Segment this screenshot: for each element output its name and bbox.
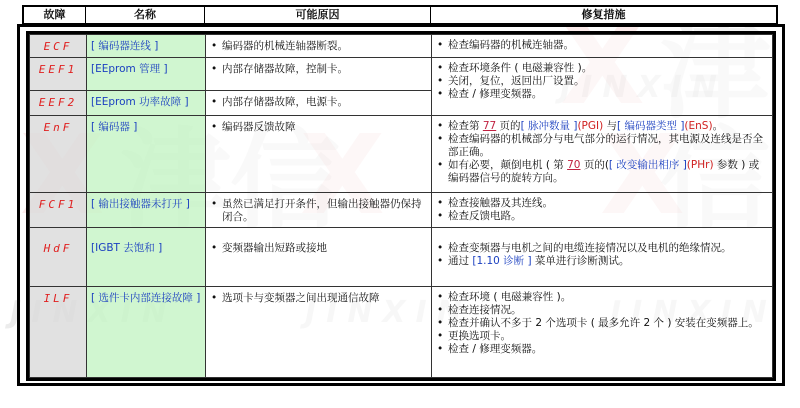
cause-item: 内部存储器故障，控制卡。 [210,63,427,76]
param-code-phr: (PHr) [687,159,714,171]
cause-item: 编码器的机械连轴器断裂。 [210,40,427,53]
fault-cause: 内部存储器故障，电源卡。 [206,91,432,116]
fault-cause: 内部存储器故障，控制卡。 [206,58,432,91]
table-row: ILF [ 选件卡内部连接故障 ] 选项卡与变频器之间出现通信故障 检查环境 (… [30,287,773,378]
fix-text: 如有必要，颠倒电机 ( 第 [448,159,567,171]
fault-name: [ 选件卡内部连接故障 ] [87,287,206,378]
fix-item: 检查变频器与电机之间的电缆连接情况以及电机的绝缘情况。 [436,242,768,255]
cause-item: 选项卡与变频器之间出现通信故障 [210,292,427,305]
header-fault: 故障 [24,7,86,23]
table-header: 故障 名称 可能原因 修复措施 [22,5,778,25]
fault-name: [EEprom 管理 ] [87,58,206,91]
fix-item: 通过 [1.10 诊断 ] 菜单进行诊断测试。 [436,255,768,268]
fault-code: FCF1 [30,193,87,228]
fix-item: 更换选项卡。 [436,330,768,343]
page-link-70[interactable]: 70 [567,159,580,171]
fix-text: 通过 [448,255,472,267]
fault-fix: 检查编码器的机械连轴器。 [432,35,773,58]
fault-fix: 检查第 77 页的[ 脉冲数量 ](PGI) 与[ 编码器类型 ](EnS)。 … [432,116,773,193]
cause-item: 内部存储器故障，电源卡。 [210,96,427,109]
fault-code: HdF [30,228,87,287]
fix-item: 检查接触器及其连线。 [436,197,768,210]
param-code-pgi: (PGI) [577,120,603,132]
cause-item: 虽然已满足打开条件，但输出接触器仍保持闭合。 [210,198,427,224]
fix-item: 检查第 77 页的[ 脉冲数量 ](PGI) 与[ 编码器类型 ](EnS)。 [436,120,768,133]
fault-fix: 检查环境 ( 电磁兼容性 )。 检查连接情况。 检查并确认不多于 2 个选项卡 … [432,287,773,378]
cause-item: 编码器反馈故障 [210,121,427,134]
header-fix: 修复措施 [431,7,776,23]
fault-name: [ 编码器 ] [87,116,206,193]
fix-text: 检查第 [448,120,483,132]
fix-item: 检查环境 ( 电磁兼容性 )。 [436,291,768,304]
fault-code: EnF [30,116,87,193]
fix-item: 检查反馈电路。 [436,210,768,223]
param-ref-output-phase: [ 改变输出相序 ] [609,159,687,171]
fault-code: ILF [30,287,87,378]
fix-item: 如有必要，颠倒电机 ( 第 70 页的([ 改变输出相序 ](PHr) 参数 )… [436,159,768,185]
fix-text: 页的( [580,159,608,171]
fault-fix: 检查接触器及其连线。 检查反馈电路。 [432,193,773,228]
header-cause: 可能原因 [205,7,431,23]
cause-item: 变频器输出短路或接地 [210,242,427,255]
fault-cause: 选项卡与变频器之间出现通信故障 [206,287,432,378]
fix-item: 检查编码器的机械部分与电气部分的运行情况，其电源及连线是否全部正确。 [436,133,768,159]
table-row: EnF [ 编码器 ] 编码器反馈故障 检查第 77 页的[ 脉冲数量 ](PG… [30,116,773,193]
fault-table: ECF [ 编码器连线 ] 编码器的机械连轴器断裂。 检查编码器的机械连轴器。 … [26,31,776,381]
fault-fix: 检查环境条件 ( 电磁兼容性 )。 关闭，复位，返回出厂设置。 检查 / 修理变… [432,58,773,116]
fault-name: [IGBT 去饱和 ] [87,228,206,287]
param-ref-encoder-type: [ 编码器类型 ] [617,120,684,132]
table-row: EEF1 [EEprom 管理 ] 内部存储器故障，控制卡。 检查环境条件 ( … [30,58,773,91]
fault-code: EEF1 [30,58,87,91]
table-row: ECF [ 编码器连线 ] 编码器的机械连轴器断裂。 检查编码器的机械连轴器。 [30,35,773,58]
fault-cause: 编码器反馈故障 [206,116,432,193]
fix-item: 检查编码器的机械连轴器。 [436,39,768,52]
fault-cause: 编码器的机械连轴器断裂。 [206,35,432,58]
fix-item: 检查环境条件 ( 电磁兼容性 )。 [436,62,768,75]
fault-name: [ 编码器连线 ] [87,35,206,58]
fault-name: [ 输出接触器未打开 ] [87,193,206,228]
fault-name: [EEprom 功率故障 ] [87,91,206,116]
param-ref-pulse-count: [ 脉冲数量 ] [521,120,578,132]
fix-item: 检查 / 修理变频器。 [436,88,768,101]
menu-ref-diagnostics: [1.10 诊断 ] [472,255,531,267]
table-row: HdF [IGBT 去饱和 ] 变频器输出短路或接地 检查变频器与电机之间的电缆… [30,228,773,287]
fix-text: 与 [603,120,617,132]
fault-fix: 检查变频器与电机之间的电缆连接情况以及电机的绝缘情况。 通过 [1.10 诊断 … [432,228,773,287]
fault-cause: 虽然已满足打开条件，但输出接触器仍保持闭合。 [206,193,432,228]
fix-item: 检查并确认不多于 2 个选项卡 ( 最多允许 2 个 ) 安装在变频器上。 [436,317,768,330]
fix-item: 检查连接情况。 [436,304,768,317]
fix-item: 关闭，复位，返回出厂设置。 [436,75,768,88]
header-name: 名称 [86,7,205,23]
page-link-77[interactable]: 77 [483,120,496,132]
fix-item: 检查 / 修理变频器。 [436,343,768,356]
fault-cause: 变频器输出短路或接地 [206,228,432,287]
fault-code: ECF [30,35,87,58]
table-row: FCF1 [ 输出接触器未打开 ] 虽然已满足打开条件，但输出接触器仍保持闭合。… [30,193,773,228]
fault-code: EEF2 [30,91,87,116]
fix-text: 页的 [496,120,520,132]
fix-text: 菜单进行诊断测试。 [532,255,630,267]
param-code-ens: (EnS) [684,120,712,132]
fix-text: 。 [713,120,724,132]
